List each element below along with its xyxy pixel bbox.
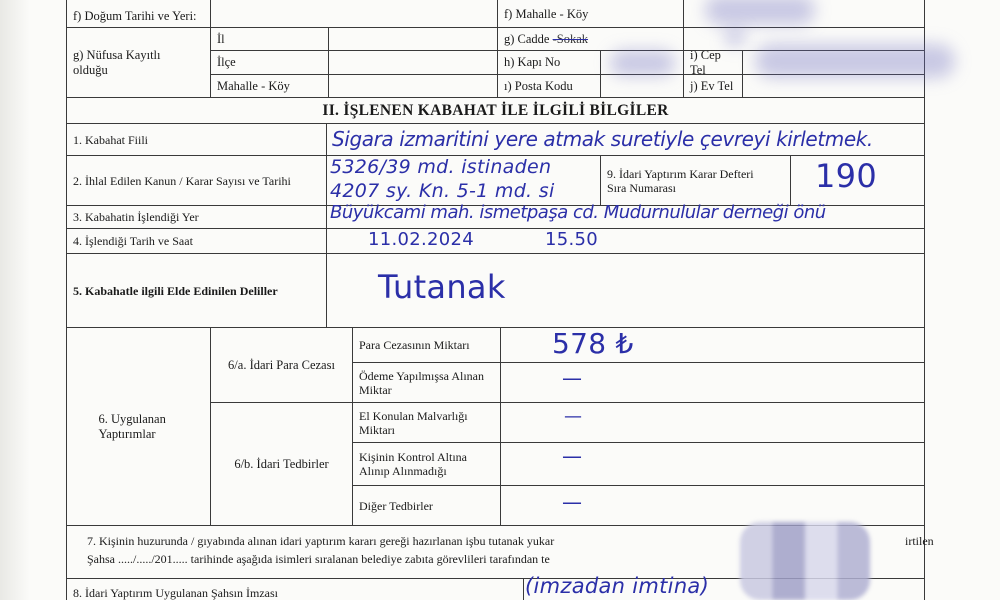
registry-mahalle-value[interactable] (328, 74, 498, 98)
registry-label-text: g) Nüfusa Kayıtlı olduğu (73, 48, 183, 78)
postal-label: ı) Posta Kodu (497, 74, 601, 98)
seized-assets-label: El Konulan Malvarlığı Miktarı (359, 409, 494, 437)
section-title-text: II. İŞLENEN KABAHAT İLE İLGİLİ BİLGİLER (322, 103, 668, 118)
birth-label-text: f) Doğum Tarihi ve Yeri: (73, 9, 197, 24)
offense-datetime-label: 4. İşlendiği Tarih ve Saat (66, 228, 327, 254)
evidence-value: Tutanak (378, 268, 506, 306)
registry-ilce-label: İlçe (210, 50, 329, 75)
mobile-label-text: i) Cep Tel (690, 50, 736, 75)
registry-mahalle-label: Mahalle - Köy (210, 74, 329, 98)
offense-act-label-text: 1. Kabahat Fiili (73, 133, 148, 147)
home-label-text: j) Ev Tel (690, 79, 733, 94)
ledger-label: 9. İdari Yaptırım Karar Defteri Sıra Num… (600, 155, 791, 206)
offense-place-label: 3. Kabahatin İşlendiği Yer (66, 205, 327, 229)
custody-value: — (562, 444, 582, 468)
notification-line1-end: irtilen (905, 532, 934, 550)
street-label-struck: -Sokak (553, 32, 588, 47)
offense-law-value-line1: 5326/39 md. istinaden (330, 156, 551, 178)
redaction-pixelated (740, 522, 870, 600)
neighborhood-label: f) Mahalle - Köy (497, 0, 684, 28)
signature-value: (imzadan imtina) (525, 574, 709, 598)
notification-line1-start: 7. Kişinin huzurunda / gıyabında alınan … (87, 534, 554, 548)
offense-date-value: 11.02.2024 (368, 229, 474, 250)
sanction-row-label-3: Kişinin Kontrol Altına Alınıp Alınmadığı (352, 442, 501, 486)
offense-datetime-label-text: 4. İşlendiği Tarih ve Saat (73, 234, 193, 248)
offense-time-value: 15.50 (545, 229, 598, 250)
signature-label-text: 8. İdari Yaptırım Uygulanan Şahsın İmzas… (73, 586, 278, 600)
offense-law-label: 2. İhlal Edilen Kanun / Karar Sayısı ve … (66, 155, 327, 206)
ilce-label: İlçe (217, 55, 236, 70)
street-label: g) Cadde -Sokak (497, 27, 684, 51)
mobile-label: i) Cep Tel (683, 50, 743, 75)
section-title: II. İŞLENEN KABAHAT İLE İLGİLİ BİLGİLER (66, 97, 925, 124)
birth-label: f) Doğum Tarihi ve Yeri: (66, 0, 211, 28)
seized-assets-value: — (564, 406, 582, 427)
street-label-text: g) Cadde (504, 32, 549, 47)
notification-line2-text: Şahsa ...../...../201..... tarihinde aşa… (87, 552, 550, 566)
registry-il-value[interactable] (328, 27, 498, 51)
sanctions-label-text: 6. Uygulanan Yaptırımlar (99, 412, 179, 442)
fine-amount-value: 578 ₺ (552, 327, 634, 360)
sanctions-label: 6. Uygulanan Yaptırımlar (66, 327, 211, 526)
redaction-blur-door (610, 50, 675, 76)
measures-group-label: 6/b. İdari Tedbirler (210, 402, 353, 526)
offense-law-label-text: 2. İhlal Edilen Kanun / Karar Sayısı ve … (73, 174, 313, 188)
ledger-value: 190 (815, 157, 877, 195)
registry-il-label: İl (210, 27, 329, 51)
other-measures-label: Diğer Tedbirler (359, 499, 433, 513)
other-measures-value: — (562, 490, 582, 514)
evidence-label: 5. Kabahatle ilgili Elde Edinilen Delill… (66, 253, 327, 328)
door-label-text: h) Kapı No (504, 55, 560, 70)
postal-value-field[interactable] (600, 74, 684, 98)
neighborhood-label-text: f) Mahalle - Köy (504, 7, 588, 22)
registry-ilce-value[interactable] (328, 50, 498, 75)
offense-place-value: Büyükcami mah. ismetpaşa cd. Mudurnulula… (330, 202, 826, 223)
offense-act-label: 1. Kabahat Fiili (66, 123, 327, 156)
fine-amount-label: Para Cezasının Miktarı (359, 338, 470, 352)
redaction-blur-street (725, 28, 745, 46)
paid-amount-value: — (562, 366, 582, 390)
il-label: İl (217, 32, 225, 47)
redaction-blur-phone (755, 44, 955, 78)
offense-place-label-text: 3. Kabahatin İşlendiği Yer (73, 210, 199, 224)
postal-label-text: ı) Posta Kodu (504, 79, 573, 94)
sanction-row-label-2: El Konulan Malvarlığı Miktarı (352, 402, 501, 443)
birth-value-field[interactable] (210, 0, 498, 28)
signature-label: 8. İdari Yaptırım Uygulanan Şahsın İmzas… (66, 578, 524, 600)
sanction-row-label-4: Diğer Tedbirler (352, 485, 501, 526)
ledger-label-text: 9. İdari Yaptırım Karar Defteri Sıra Num… (607, 167, 767, 195)
paper-edge-shadow (0, 0, 30, 600)
mahalle-label: Mahalle - Köy (217, 79, 290, 94)
fine-group-label: 6/a. İdari Para Cezası (210, 327, 353, 403)
offense-law-value-line2: 4207 sy. Kn. 5-1 md. si (330, 180, 555, 202)
door-label: h) Kapı No (497, 50, 601, 75)
registry-label: g) Nüfusa Kayıtlı olduğu (66, 27, 211, 98)
measures-group-label-text: 6/b. İdari Tedbirler (234, 457, 328, 472)
offense-act-value: Sigara izmaritini yere atmak suretiyle ç… (332, 127, 873, 151)
sanction-row-label-1: Ödeme Yapılmışsa Alınan Miktar (352, 362, 501, 403)
sanction-row-label-0: Para Cezasının Miktarı (352, 327, 501, 363)
redaction-blur-neighborhood (705, 0, 815, 25)
paid-amount-label: Ödeme Yapılmışsa Alınan Miktar (359, 369, 494, 397)
home-label: j) Ev Tel (683, 74, 743, 98)
fine-group-label-text: 6/a. İdari Para Cezası (228, 358, 335, 373)
custody-label: Kişinin Kontrol Altına Alınıp Alınmadığı (359, 450, 494, 478)
evidence-label-text: 5. Kabahatle ilgili Elde Edinilen Delill… (73, 284, 278, 298)
